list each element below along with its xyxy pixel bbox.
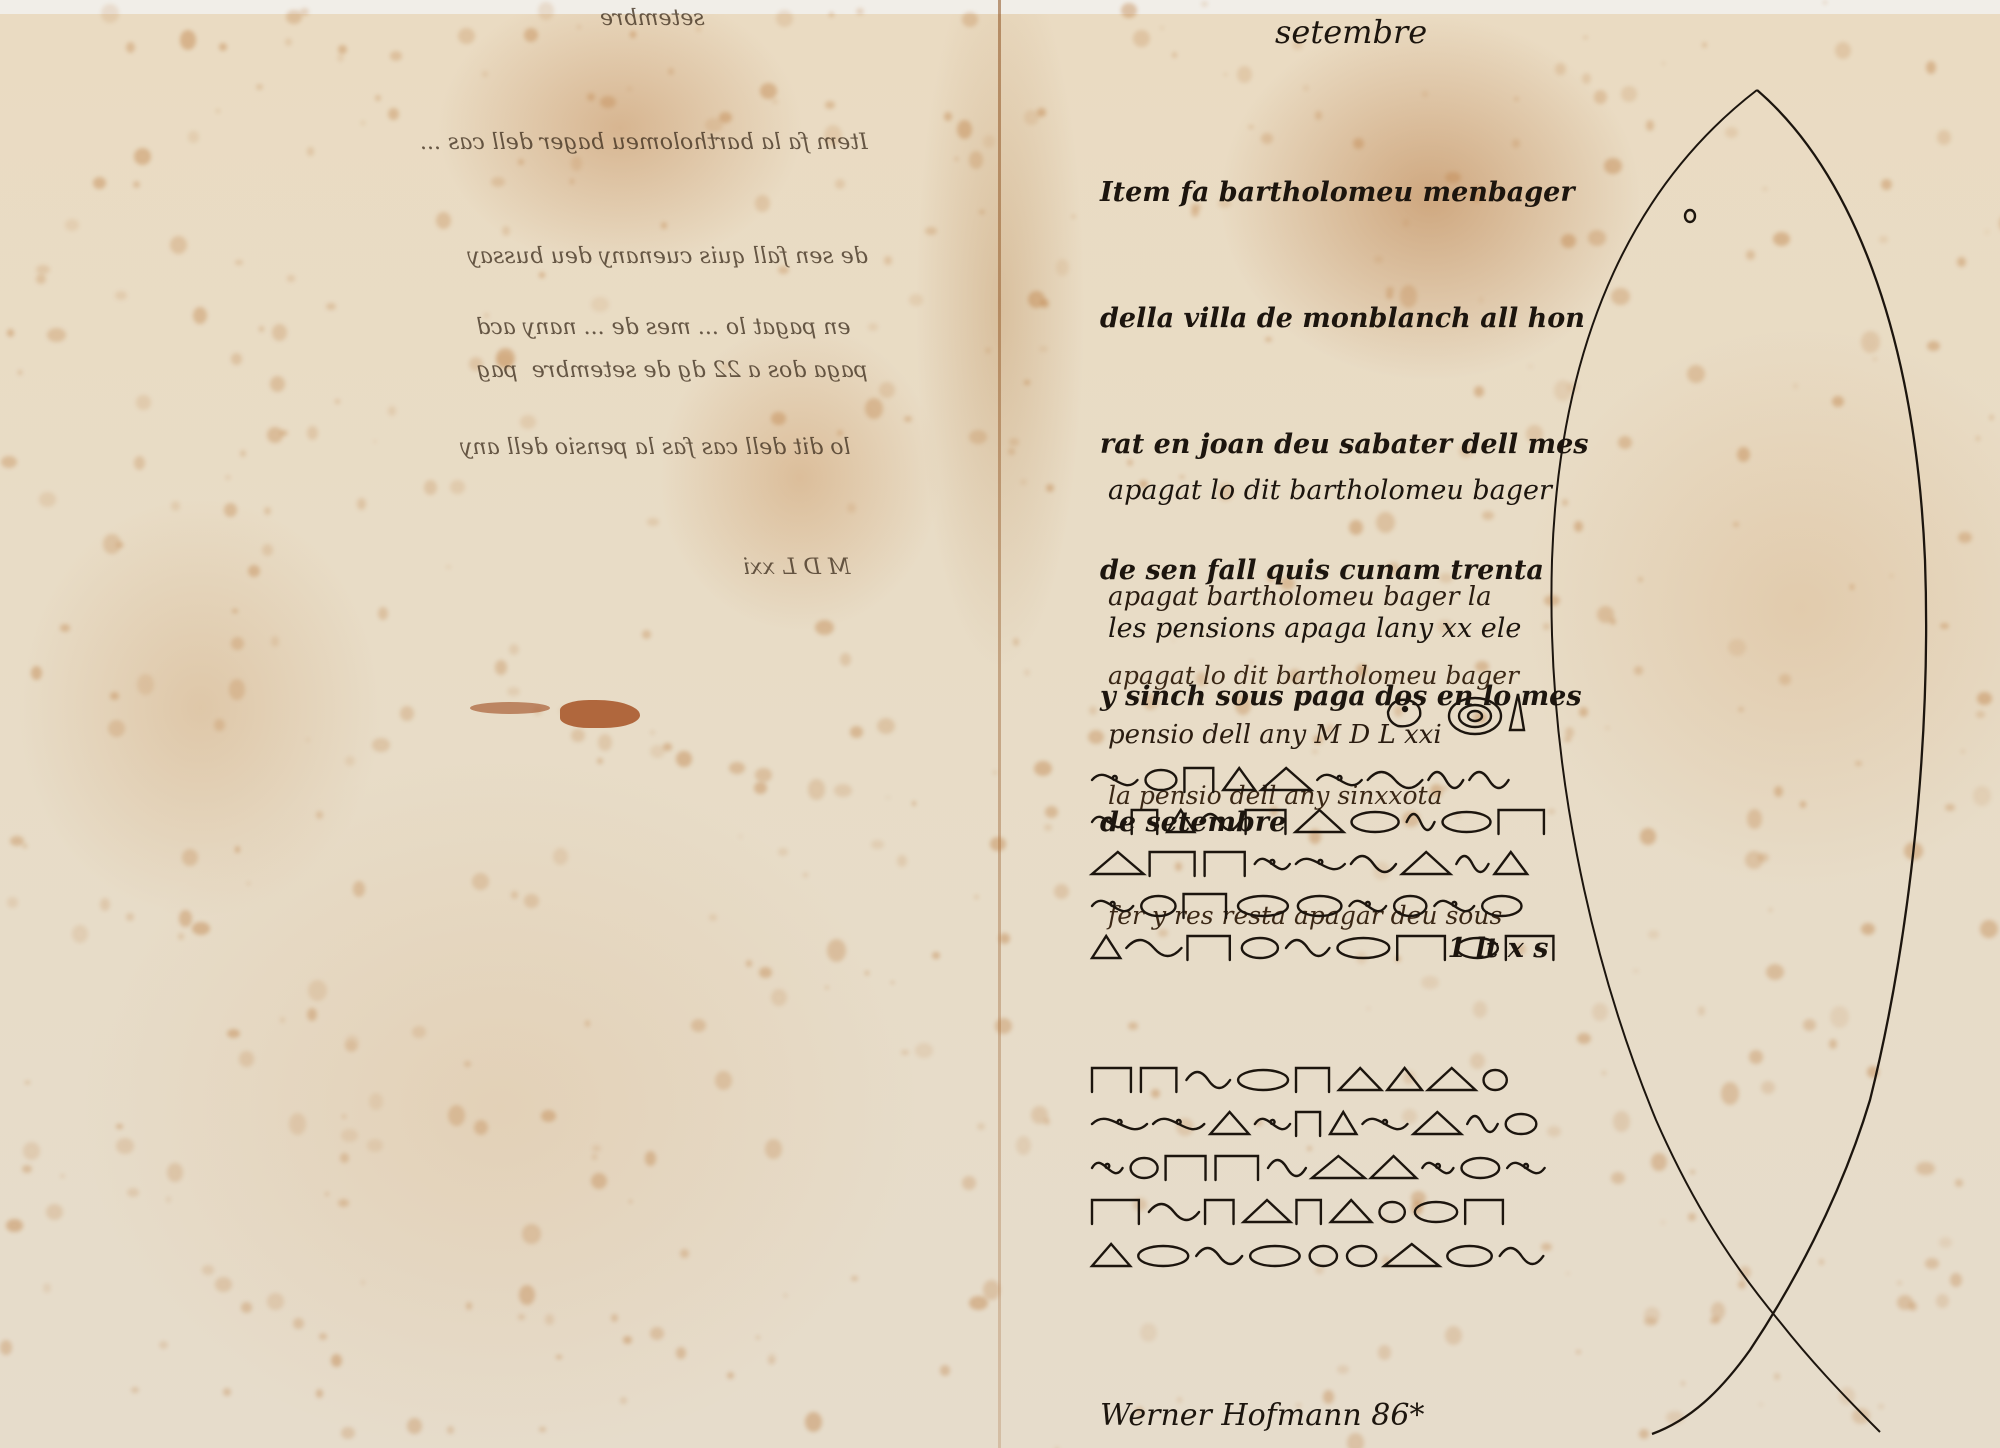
glyph-icon <box>1296 1068 1329 1092</box>
glyph-icon <box>1167 810 1194 832</box>
glyph-icon <box>1371 1156 1416 1178</box>
glyph-icon <box>1131 1158 1158 1178</box>
glyph-icon <box>1244 1200 1291 1222</box>
glyph-icon <box>1397 936 1445 960</box>
glyph-icon <box>1145 770 1176 790</box>
glyph-icon <box>1261 768 1311 790</box>
glyph-icon <box>1141 896 1175 916</box>
artist-signature: Werner Hofmann 86* <box>1100 1398 1424 1433</box>
glyph-icon <box>1507 1163 1544 1173</box>
glyph-icon <box>1506 936 1554 960</box>
glyph-icon <box>1349 901 1386 911</box>
fish-eye-icon <box>1685 210 1695 222</box>
glyph-icon <box>1351 856 1396 872</box>
glyph-icon <box>1394 896 1426 916</box>
glyph-icon <box>1506 1114 1537 1134</box>
glyph-icon <box>1330 1112 1356 1134</box>
glyph-icon <box>1339 1068 1381 1090</box>
glyph-icon <box>1092 1163 1123 1173</box>
glyph-icon <box>1250 1246 1299 1266</box>
spiral-glyph-icon <box>1388 694 1524 734</box>
glyph-icon <box>1500 1248 1544 1264</box>
glyph-icon <box>1295 810 1343 832</box>
glyph-icon <box>1402 852 1450 874</box>
glyph-icon <box>1126 940 1181 956</box>
glyph-icon <box>1467 1116 1497 1132</box>
glyph-icon <box>1092 1119 1147 1129</box>
glyph-icon <box>1407 814 1435 830</box>
glyph-icon <box>1413 1112 1461 1134</box>
glyph-icon <box>1368 772 1423 788</box>
glyph-icon <box>1317 775 1362 785</box>
glyph-icon <box>1242 938 1278 958</box>
glyph-icon <box>1379 1202 1404 1222</box>
glyph-icon <box>1184 768 1213 792</box>
glyph-icon <box>1347 1246 1376 1266</box>
glyph-icon <box>1352 812 1399 832</box>
glyph-icon <box>1443 812 1491 832</box>
glyph-icon <box>1461 1158 1499 1178</box>
glyph-icon <box>1092 936 1120 958</box>
glyph-icon <box>1092 852 1144 874</box>
glyph-icon <box>1238 896 1288 916</box>
glyph-icon <box>1132 810 1158 834</box>
glyph-icon <box>1456 856 1488 872</box>
glyph-icon <box>1238 1070 1288 1090</box>
glyph-icon <box>1205 852 1245 876</box>
glyph-icon <box>1447 1246 1491 1266</box>
fish-outline-icon <box>1551 90 1926 1434</box>
glyph-icon <box>1186 1072 1230 1088</box>
glyph-icon <box>1150 852 1195 876</box>
glyph-icon <box>1184 894 1226 918</box>
glyph-icon <box>1310 1246 1337 1266</box>
glyph-icon <box>1205 1200 1233 1224</box>
glyph-icon <box>1153 1119 1204 1129</box>
glyph-icon <box>1434 901 1474 911</box>
glyph-icon <box>1296 859 1345 869</box>
glyph-icon <box>1092 775 1137 785</box>
glyph-icon <box>1362 1119 1407 1129</box>
glyph-icon <box>1312 1156 1365 1178</box>
glyph-icon <box>1465 1200 1503 1224</box>
glyph-icon <box>1223 768 1255 790</box>
glyph-icon <box>1428 772 1463 788</box>
glyph-icon <box>1255 1119 1290 1129</box>
glyph-icon <box>1296 1112 1320 1136</box>
glyph-icon <box>1499 810 1544 834</box>
glyph-icon <box>1298 896 1342 916</box>
glyph-icon <box>1286 940 1330 956</box>
glyph-icon <box>1384 1244 1439 1266</box>
glyph-icon <box>1484 1070 1507 1090</box>
glyph-icon <box>1092 901 1133 911</box>
glyph-icon <box>1141 1068 1176 1092</box>
glyph-icon <box>1337 938 1389 958</box>
glyph-icon <box>1469 772 1508 788</box>
glyph-drawing-layer <box>0 0 2000 1448</box>
glyph-icon <box>1296 1200 1320 1224</box>
glyph-icon <box>1422 1163 1453 1173</box>
glyph-icon <box>1216 1156 1258 1180</box>
glyph-icon <box>1092 1244 1130 1266</box>
glyph-icon <box>1138 1246 1188 1266</box>
glyph-icon <box>1494 852 1527 874</box>
glyph-icon <box>1200 814 1239 830</box>
glyph-icon <box>1092 1068 1131 1092</box>
glyph-icon <box>1149 1204 1199 1220</box>
glyph-icon <box>1092 817 1126 827</box>
glyph-icon <box>1415 1202 1457 1222</box>
glyph-icon <box>1268 1160 1306 1176</box>
glyph-icon <box>1246 810 1286 834</box>
glyph-icon <box>1428 1068 1476 1090</box>
glyph-icon <box>1092 1200 1139 1224</box>
glyph-icon <box>1166 1156 1206 1180</box>
glyph-icon <box>1196 1248 1242 1264</box>
glyph-icon <box>1331 1200 1372 1222</box>
glyph-icon <box>1255 859 1290 869</box>
glyph-icon <box>1387 1068 1422 1090</box>
glyph-icon <box>1482 896 1521 916</box>
glyph-icon <box>1457 938 1498 958</box>
glyph-icon <box>1187 936 1229 960</box>
glyph-icon <box>1210 1112 1249 1134</box>
